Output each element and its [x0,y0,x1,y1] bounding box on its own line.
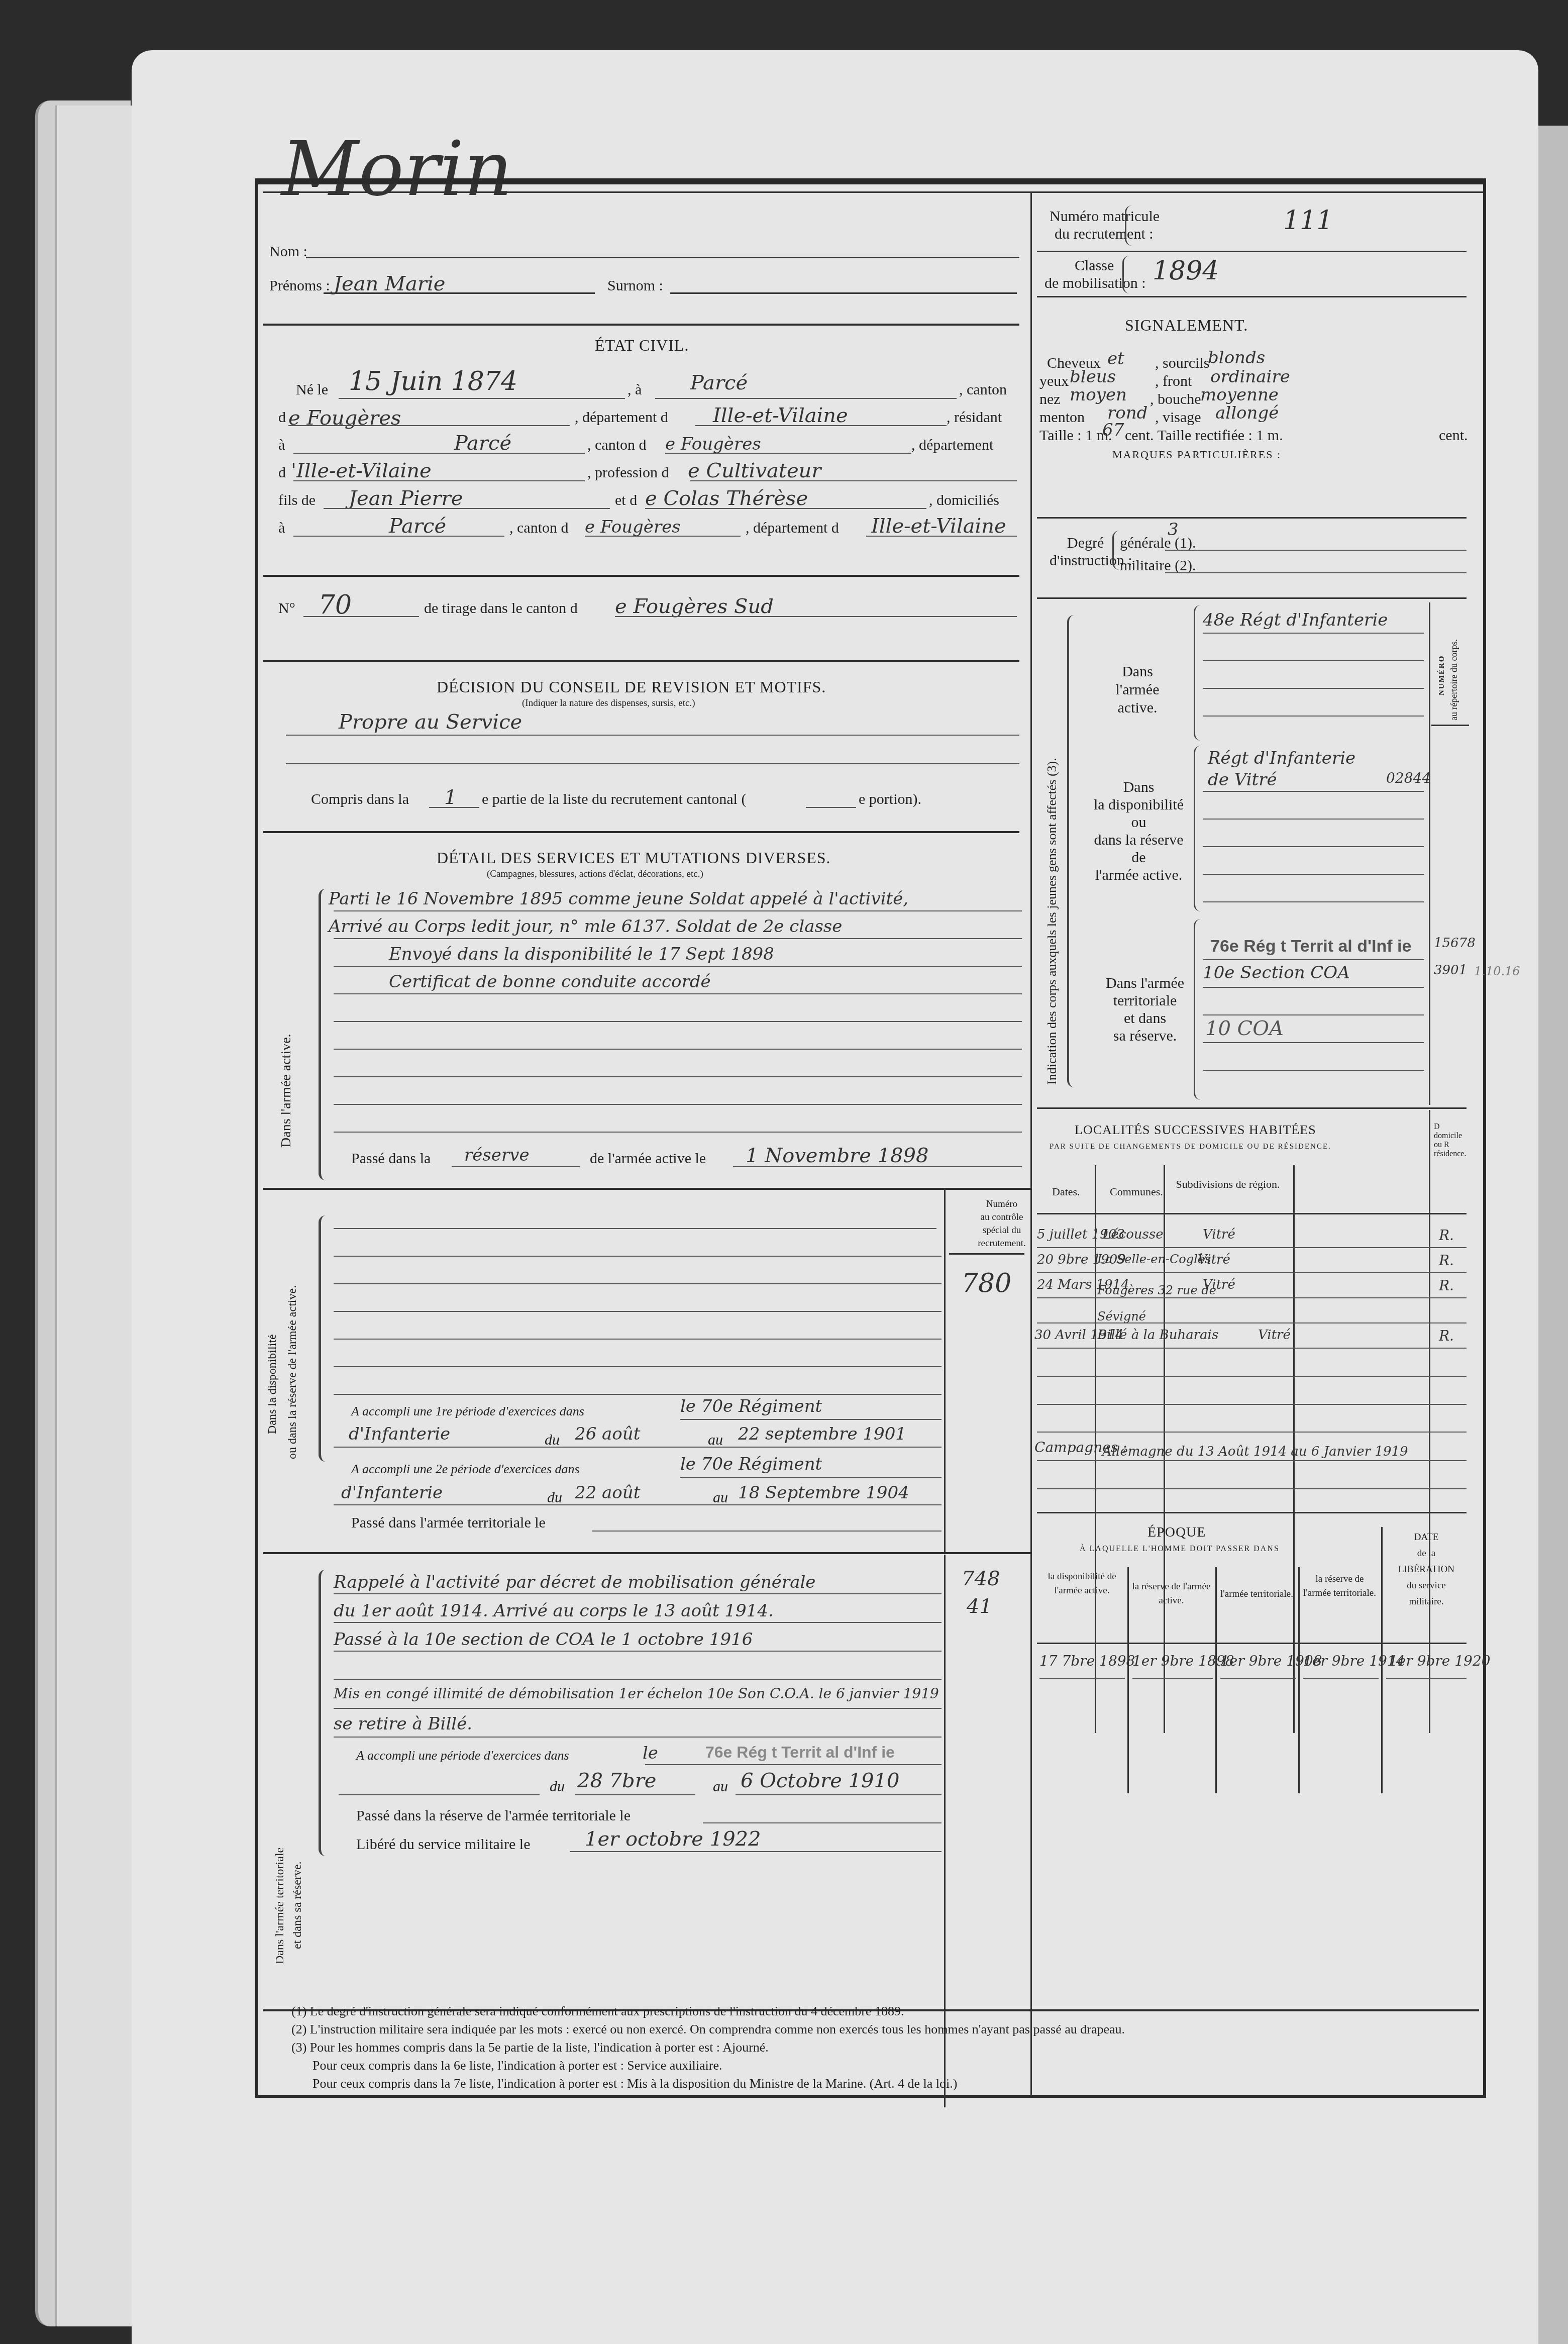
footnote-2: (2) L'instruction militaire sera indiqué… [291,2020,1472,2039]
label-part: ou [1131,814,1146,831]
field-line [1203,1042,1424,1043]
field-line [334,1256,942,1257]
periode1-au-label: au [708,1432,723,1449]
bouche-label: , bouche [1150,391,1201,408]
field-line [570,1851,942,1852]
passe-reserve-value: réserve [464,1145,530,1165]
field-line [1203,688,1424,689]
territoriale-numero-2: 41 [967,1595,992,1618]
territoriale-periode-label: A accompli une période d'exercices dans [356,1748,569,1763]
loc-sub-3: Vitré [1258,1328,1291,1343]
yeux-label: yeux [1039,373,1069,390]
label-part: de la [1417,1548,1435,1559]
services-side-label: Dans l'armée active. [278,1034,294,1148]
tirage-numero: 70 [319,590,352,620]
field-line [334,1049,1022,1050]
field-line [1037,1460,1467,1461]
taille-rectifiee-label: cent. Taille rectifiée : 1 m. [1125,427,1283,444]
col-dates-header: Dates. [1052,1185,1080,1198]
footnote-4: Pour ceux compris dans la 6e liste, l'in… [291,2057,1472,2075]
passe-reserve-label-2: de l'armée active le [590,1150,706,1167]
canton-label: , canton [959,381,1007,398]
territoriale-date: 1.10.16 [1474,964,1520,978]
brace [1194,605,1201,741]
decision-value: Propre au Service [339,710,522,734]
periode1-corps: le 70e Régiment [680,1396,822,1416]
service-line-1: Parti le 16 Novembre 1895 comme jeune So… [329,889,908,909]
field-line [334,1311,942,1312]
field-line [703,1822,942,1823]
territoriale-line-1: Rappelé à l'activité par décret de mobil… [334,1572,815,1592]
territoriale-numero-1: 15678 [1434,936,1476,951]
territoriale-side-label-1: Dans l'armée territoriale [273,1848,287,1964]
corps-side-label: Indication des corps auxquels les jeunes… [1044,758,1060,1085]
epoque-header-0: la disponibilité de l'armée active. [1038,1570,1126,1598]
brace [1122,256,1129,293]
column-divider [1429,602,1430,1105]
footnote-text: Pour les hommes compris dans la 5e parti… [310,2040,769,2055]
field-line [334,1366,942,1367]
field-line [1037,1376,1467,1377]
et-de-label: et d [615,492,637,509]
armee-active-corps: 48e Régt d'Infanterie [1203,610,1388,630]
label-part: Dans l'armée [1106,975,1184,991]
field-line [680,1477,942,1478]
field-line [429,807,479,808]
column-divider [944,1188,946,1552]
field-line [1203,874,1424,875]
epoque-subtitle: À LAQUELLE L'HOMME DOIT PASSER DANS [1080,1545,1280,1554]
disponibilite-side-label-1: Dans la disponibilité [266,1334,279,1434]
footnote-text: Pour ceux compris dans la 7e liste, l'in… [312,2076,957,2091]
book-page-stack [55,106,136,2326]
label-part: dans la réserve [1094,832,1183,848]
brace [319,1570,326,1856]
divider [263,575,1019,577]
field-line [1132,1678,1213,1679]
territoriale-au-label: au [713,1778,728,1795]
degre-label-1: Degré [1067,535,1104,552]
field-line [339,398,625,399]
field-line [1037,1404,1467,1405]
territoriale-label: Dans l'arméeterritorialeet danssa réserv… [1097,974,1193,1045]
field-line [334,1104,1022,1105]
sourcils-value: blonds [1208,348,1265,368]
field-line [334,1737,942,1738]
field-line [1165,572,1467,573]
label-part: de [1131,849,1145,866]
territoriale-line-5: Mis en congé illimité de démobilisation … [334,1685,939,1702]
label-part: sa réserve. [1113,1028,1177,1044]
column-divider [1429,1110,1430,1733]
field-line [1037,1348,1467,1349]
field-line [1203,987,1424,988]
label-part: territoriale [1113,992,1177,1009]
field-line [1037,1322,1467,1323]
matricule-label-1: Numéro matricule [1050,208,1160,225]
epoque-value-0: 17 7bre 1898 [1039,1653,1135,1669]
field-line [1303,1678,1379,1679]
visage-label: , visage [1155,409,1201,426]
field-line [1037,1107,1467,1109]
field-line [293,453,585,454]
field-line [1203,1070,1424,1071]
brace [1067,615,1074,1087]
numero-controle-value: 780 [962,1268,1011,1298]
territoriale-corps-2: 10e Section COA [1203,963,1350,983]
field-line [286,735,1019,736]
residence-dept-label: , département [911,437,993,454]
decision-title: DÉCISION DU CONSEIL DE REVISION ET MOTIF… [437,678,826,696]
localites-subtitle: PAR SUITE DE CHANGEMENTS DE DOMICILE OU … [1050,1143,1331,1151]
disponibilite-label: Dansla disponibilitéoudans la réservedel… [1092,778,1185,884]
field-line [334,1679,942,1680]
field-line [1037,1272,1467,1273]
field-line [690,480,1017,481]
loc-dr-3: R. [1439,1328,1454,1344]
territoriale-du: 28 7bre [577,1769,656,1792]
epoque-header-2: l'armée territoriale. [1218,1587,1296,1601]
periode2-du: 22 août [575,1483,640,1503]
liberation-header: DATEde laLIBÉRATIONdu servicemilitaire. [1384,1530,1469,1610]
brace [1125,206,1132,246]
divider [263,324,1019,326]
field-line [293,480,585,481]
repertoire-label: au répertoire du corps. [1449,639,1459,721]
label-part: spécial du [983,1225,1021,1236]
field-line [1386,1678,1467,1679]
column-divider [1298,1567,1300,1793]
field-line [288,425,570,426]
territoriale-line-6: se retire à Billé. [334,1714,472,1734]
field-line [334,1076,1022,1077]
label-part: militaire. [1409,1596,1443,1607]
decision-subtitle: (Indiquer la nature des dispenses, sursi… [522,698,695,709]
domicile-dept-label: , département d [746,520,839,537]
disponibilite-corps-2: de Vitré [1208,770,1277,790]
loc-sub-0: Vitré [1203,1227,1235,1242]
disponibilite-numero: 02844 [1386,770,1431,786]
field-line [806,807,856,808]
surnom-field-line [670,292,1017,294]
field-line [334,1339,942,1340]
footnote-text: Pour ceux compris dans la 6e liste, l'in… [312,2058,722,2073]
father-name: Jean Pierre [349,487,463,510]
service-line-4: Certificat de bonne conduite accordé [389,972,711,992]
field-line [303,616,419,617]
label-part: Dans [1122,663,1153,680]
loc-commune-1: La Selle-en-Coglès [1097,1252,1211,1266]
field-line [334,1651,942,1652]
field-line [575,1794,695,1795]
nom-label: Nom : [269,243,307,260]
prenoms-label: Prénoms : [269,277,330,294]
footnote-number: (2) [291,2022,306,2036]
matricule-form: Nom : Prénoms : Jean Marie Surnom : ÉTAT… [255,178,1486,2098]
tirage-label: de tirage dans le canton d [424,600,578,617]
loc-dr-2: R. [1439,1277,1454,1294]
field-line [1203,819,1424,820]
epoque-header-1: la réserve de l'armée active. [1130,1580,1213,1608]
footnote-number: (1) [291,2004,306,2018]
footnote-1: (1) Le degré d'instruction générale sera… [291,2002,1472,2020]
column-divider [1215,1567,1217,1793]
nez-value: moyen [1070,385,1127,405]
mother-name: e Colas Thérèse [645,487,808,510]
canton-de-label: d [278,409,286,426]
field-line [334,1504,942,1505]
dept-prefix-label: d [278,464,286,481]
domicile-a-label: à [278,520,285,537]
domicilies-label: , domiciliés [929,492,999,509]
field-line [1037,1643,1467,1644]
birth-place: Parcé [690,371,748,394]
service-line-3: Envoyé dans la disponibilité le 17 Sept … [389,944,774,964]
marques-label: MARQUES PARTICULIÈRES : [1112,448,1281,461]
numero-controle-label: Numéroau contrôlespécial durecrutement. [964,1198,1039,1250]
field-line [334,1593,942,1594]
field-line [1203,633,1424,634]
brace [319,1215,326,1462]
brace [319,889,326,1180]
services-title: DÉTAIL DES SERVICES ET MUTATIONS DIVERSE… [437,849,831,867]
col-dr-header: D domicile ou R résidence. [1434,1123,1469,1159]
footnote-3: (3) Pour les hommes compris dans la 5e p… [291,2039,1472,2057]
field-line [615,616,1017,617]
cent-label: cent. [1439,427,1468,444]
birth-canton: e Fougères [288,406,401,430]
periode2-au: 18 Septembre 1904 [738,1483,909,1503]
field-line [949,1253,1024,1255]
footnote-number: (3) [291,2040,306,2055]
passe-territoriale-label: Passé dans l'armée territoriale le [351,1514,546,1532]
departement-label: , département d [575,409,668,426]
territoriale-line-2: du 1er août 1914. Arrivé au corps le 13 … [334,1601,774,1621]
epoque-title: ÉPOQUE [1147,1524,1206,1541]
field-line [680,1419,942,1420]
field-line [1203,959,1424,960]
armee-active-label: Dansl'armée active. [1097,663,1178,717]
epoque-header-3: la réserve de l'armée territoriale. [1301,1572,1379,1600]
field-line [1037,251,1467,252]
periode2-au-label: au [713,1489,728,1506]
periode2-corps-2: d'Infanterie [341,1483,443,1503]
visage-value: allongé [1215,403,1279,423]
menton-label: menton [1039,409,1085,426]
profession: e Cultivateur [688,459,821,482]
field-line [1165,550,1467,551]
residence-canton-label: , canton d [587,437,646,454]
label-part: Dans [1123,779,1155,795]
field-line [1037,1488,1467,1489]
field-line [334,1283,942,1284]
field-line [334,1228,936,1229]
periode2-label: A accompli une 2e période d'exercices da… [351,1462,580,1477]
field-line [592,1531,942,1532]
divider [263,1188,1032,1190]
disponibilite-side-label-2: ou dans la réserve de l'armée active. [286,1285,299,1459]
epoque-value-1: 1er 9bre 1898 [1132,1653,1234,1669]
label-part: au contrôle [981,1212,1023,1222]
field-line [334,910,1022,911]
field-line [334,1622,942,1623]
footnote-text: L'instruction militaire sera indiquée pa… [310,2022,1125,2036]
generale-label: générale (1). [1120,535,1196,552]
col-communes-header: Communes. [1110,1185,1163,1198]
field-line [1037,1297,1467,1298]
prenoms-field-line [324,292,595,294]
field-line [1203,901,1424,902]
field-line [1037,1512,1467,1513]
territoriale-numero-1: 748 [962,1567,1000,1590]
field-line [645,508,926,509]
divider [263,1552,1032,1554]
ne-le-label: Né le [296,381,328,398]
territoriale-periode-stamp: 76e Rég t Territ al d'Inf ie [705,1743,895,1762]
field-line [733,1166,1022,1167]
numero-label: NUMÉRO [1438,655,1446,695]
services-subtitle: (Campagnes, blessures, actions d'éclat, … [487,869,703,880]
periode1-du: 26 août [575,1424,640,1444]
field-line [1220,1678,1296,1679]
label-part: du service [1407,1580,1446,1591]
service-line-2: Arrivé au Corps ledit jour, n° mle 6137.… [329,916,842,937]
bouche-value: moyenne [1200,385,1279,405]
birth-date: 15 Juin 1874 [349,366,517,396]
field-line [334,966,1022,967]
nez-label: nez [1039,391,1061,408]
divider [263,831,1019,833]
field-line [334,1447,942,1448]
compris-label-3: e portion). [859,791,921,808]
label-part: Numéro [986,1199,1017,1209]
loc-sub-2: Vitré [1203,1277,1235,1292]
compris-partie: 1 [444,786,457,809]
surnom-label: Surnom : [607,277,663,294]
domicile-canton-label: , canton d [509,520,568,537]
field-line [1203,660,1424,661]
column-divider [1127,1567,1129,1793]
residence-canton: e Fougères [665,434,761,454]
domicile: Parcé [389,515,446,538]
field-line [1203,846,1424,847]
territoriale-du-label: du [550,1778,565,1795]
field-line [334,1132,1022,1133]
etat-civil-title: ÉTAT CIVIL. [595,336,689,355]
residence-a-label: à [278,437,285,454]
profession-label: , profession d [587,464,669,481]
front-value: ordinaire [1210,367,1290,387]
front-label: , front [1155,373,1192,390]
fils-de-label: fils de [278,492,316,509]
field-line [1037,517,1467,519]
compris-label-2: e partie de la liste du recrutement cant… [482,791,746,808]
localites-title: LOCALITÉS SUCCESSIVES HABITÉES [1075,1123,1316,1138]
brace [1194,919,1201,1100]
label-part: l'armée active. [1095,867,1183,883]
nom-field-line [306,257,1019,258]
field-line [655,398,957,399]
residant-label: , résidant [947,409,1002,426]
periode1-corps-2: d'Infanterie [349,1424,450,1444]
brace [1194,746,1201,911]
field-line [1037,1432,1467,1433]
field-line [293,536,504,537]
taille-value: 67 [1102,420,1124,440]
territoriale-au: 6 Octobre 1910 [741,1769,899,1792]
disponibilite-corps-1: Régt d'Infanterie [1208,748,1355,768]
label-part: l'armée active. [1115,681,1159,716]
compris-label: Compris dans la [311,791,409,808]
field-line [695,425,947,426]
territoriale-corps-3: 10 COA [1205,1017,1284,1040]
field-line [334,993,1022,994]
cheveux-value: et [1107,349,1124,369]
territoriale-periode-corps: le [643,1743,658,1763]
taille-label: Taille : 1 m. [1039,427,1112,444]
residence-departement: 'Ille-et-Vilaine [291,459,432,482]
footnote-5: Pour ceux compris dans la 7e liste, l'in… [291,2075,1472,2093]
label-part: DATE [1414,1532,1439,1543]
field-line [339,1794,540,1795]
field-line [1037,1213,1467,1214]
field-line [645,1764,942,1765]
field-line [334,1021,1022,1022]
field-line [736,1794,942,1795]
classe-label-2: de mobilisation : [1044,275,1146,292]
generale-value: 3 [1168,520,1179,540]
field-line [334,1708,942,1709]
loc-dr-0: R. [1439,1227,1454,1244]
field-line [286,763,1019,764]
label-part: la disponibilité [1094,796,1184,813]
territoriale-line-3: Passé à la 10e section de COA le 1 octob… [334,1629,753,1650]
militaire-label: militaire (2). [1120,557,1196,574]
field-line [334,1394,942,1395]
field-line [1037,597,1467,599]
tirage-no-label: N° [278,600,295,617]
residence: Parcé [454,432,511,455]
domicile-departement: Ille-et-Vilaine [871,515,1006,538]
signalement-title: SIGNALEMENT. [1125,316,1248,335]
periode1-du-label: du [545,1432,560,1449]
liberation-value: 1er 9bre 1920 [1389,1653,1491,1669]
classe-value: 1894 [1153,256,1219,286]
birth-departement: Ille-et-Vilaine [713,404,848,427]
periode1-label: A accompli une 1re période d'exercices d… [351,1404,584,1419]
loc-commune-3: Billé à la Buharais [1097,1328,1218,1343]
tirage-canton: e Fougères Sud [615,595,774,618]
field-line [585,536,741,537]
field-line [1039,1678,1125,1679]
field-line [665,453,911,454]
divider [263,660,1019,662]
loc-commune-0: Lécousse [1102,1227,1164,1242]
periode2-corps: le 70e Régiment [680,1454,822,1474]
classe-label-1: Classe [1075,257,1114,274]
right-column: Numéro matricule du recrutement : 111 Cl… [1032,193,1479,2095]
matricule-label-2: du recrutement : [1055,226,1154,243]
passe-reserve-date: 1 Novembre 1898 [746,1144,928,1167]
domicile-canton: e Fougères [585,517,681,537]
loc-sub-1: Vitré [1198,1252,1230,1267]
libere-date: 1er octobre 1922 [585,1827,761,1851]
field-line [1431,725,1469,726]
birth-a-label: , à [628,381,642,398]
yeux-value: bleus [1070,367,1116,387]
field-line [324,508,610,509]
field-line [334,938,1022,939]
